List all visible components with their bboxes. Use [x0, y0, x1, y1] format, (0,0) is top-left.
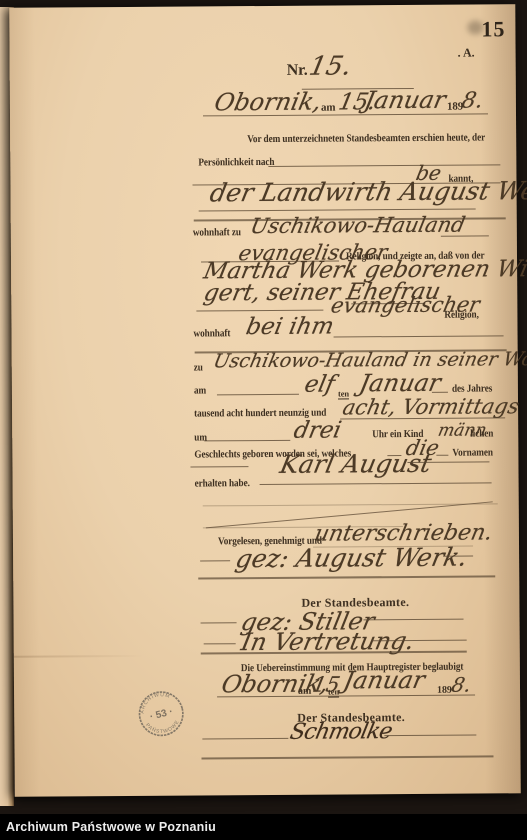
birth-month-hand: Januar [357, 369, 443, 398]
rule [372, 640, 467, 642]
record-number-label: Nr. [287, 62, 308, 80]
rule [204, 440, 290, 442]
rule [201, 755, 493, 759]
rule [204, 643, 236, 644]
rule [407, 461, 489, 463]
corner-annotation: . A. [458, 46, 475, 61]
year-words-hand: acht, Vormittags [341, 394, 522, 419]
rule [217, 394, 299, 396]
rule [340, 417, 505, 419]
birth-day-hand: elf [302, 371, 337, 397]
year2-digit-hand: 8. [450, 673, 474, 697]
signature3-scrawl: Schmolke [288, 719, 394, 745]
archival-scan: 15 . A. Nr. 15. Obornik, am 15. Januar 1… [0, 0, 527, 840]
des-jahres-printed: des Jahres [452, 383, 492, 394]
residence-hand: Uschikowo-Hauland [248, 213, 467, 239]
rule [198, 575, 495, 579]
am2-label: am [194, 385, 206, 396]
rule [199, 209, 476, 212]
child-names-hand: Karl August [277, 449, 434, 479]
rule [200, 560, 230, 561]
rule [202, 738, 288, 740]
declarant-hand: der Landwirth August Werk [208, 176, 527, 208]
intro-line: Vor dem unterzeichneten Standesbeamten e… [247, 132, 485, 145]
residence2-hand: bei ihm [244, 314, 336, 341]
register-page: 15 . A. Nr. 15. Obornik, am 15. Januar 1… [9, 4, 520, 797]
rule [441, 235, 489, 236]
birthplace-prefix: zu [194, 362, 203, 373]
archive-caption-bar: Archiwum Państwowe w Poznaniu [0, 814, 527, 840]
lichen-printed: lichen [470, 428, 493, 439]
residence2-label: wohnhaft [193, 328, 230, 339]
rule [268, 164, 500, 167]
um-label: um [194, 432, 207, 443]
identity-label: Persönlichkeit nach [198, 157, 274, 169]
rule [443, 556, 473, 557]
religion2-printed: Religion, [444, 310, 478, 321]
date-month-hand: Januar [362, 86, 448, 115]
rule [196, 310, 323, 312]
date2-month-hand: Januar [341, 666, 427, 695]
year-digit-hand: 8. [459, 88, 485, 113]
vornamen-printed: Vornamen [452, 447, 493, 458]
rule [364, 619, 464, 621]
stamp-number: · 53 · [149, 706, 174, 722]
erhalten-printed: erhalten habe. [195, 478, 250, 489]
archive-caption-text: Archiwum Państwowe w Poznaniu [0, 820, 216, 834]
rule [334, 335, 504, 337]
rule [201, 622, 237, 623]
rule [260, 482, 492, 485]
rule [436, 455, 448, 456]
am-label: am [321, 102, 336, 114]
hour-hand: drei [292, 417, 344, 443]
signature1-hand: gez: August Werk. [233, 543, 470, 574]
rule [190, 466, 248, 467]
record-number-value: 15. [307, 51, 355, 81]
rule [384, 735, 476, 737]
residence-label: wohnhaft zu [193, 227, 241, 238]
archive-stamp: ARCHIWUM PAŃSTWOWE · 53 · [131, 683, 192, 744]
place-hand: Obornik, [212, 88, 324, 117]
folio-number: 15 [481, 16, 505, 42]
rule [432, 392, 448, 393]
paper-crease [14, 655, 144, 658]
